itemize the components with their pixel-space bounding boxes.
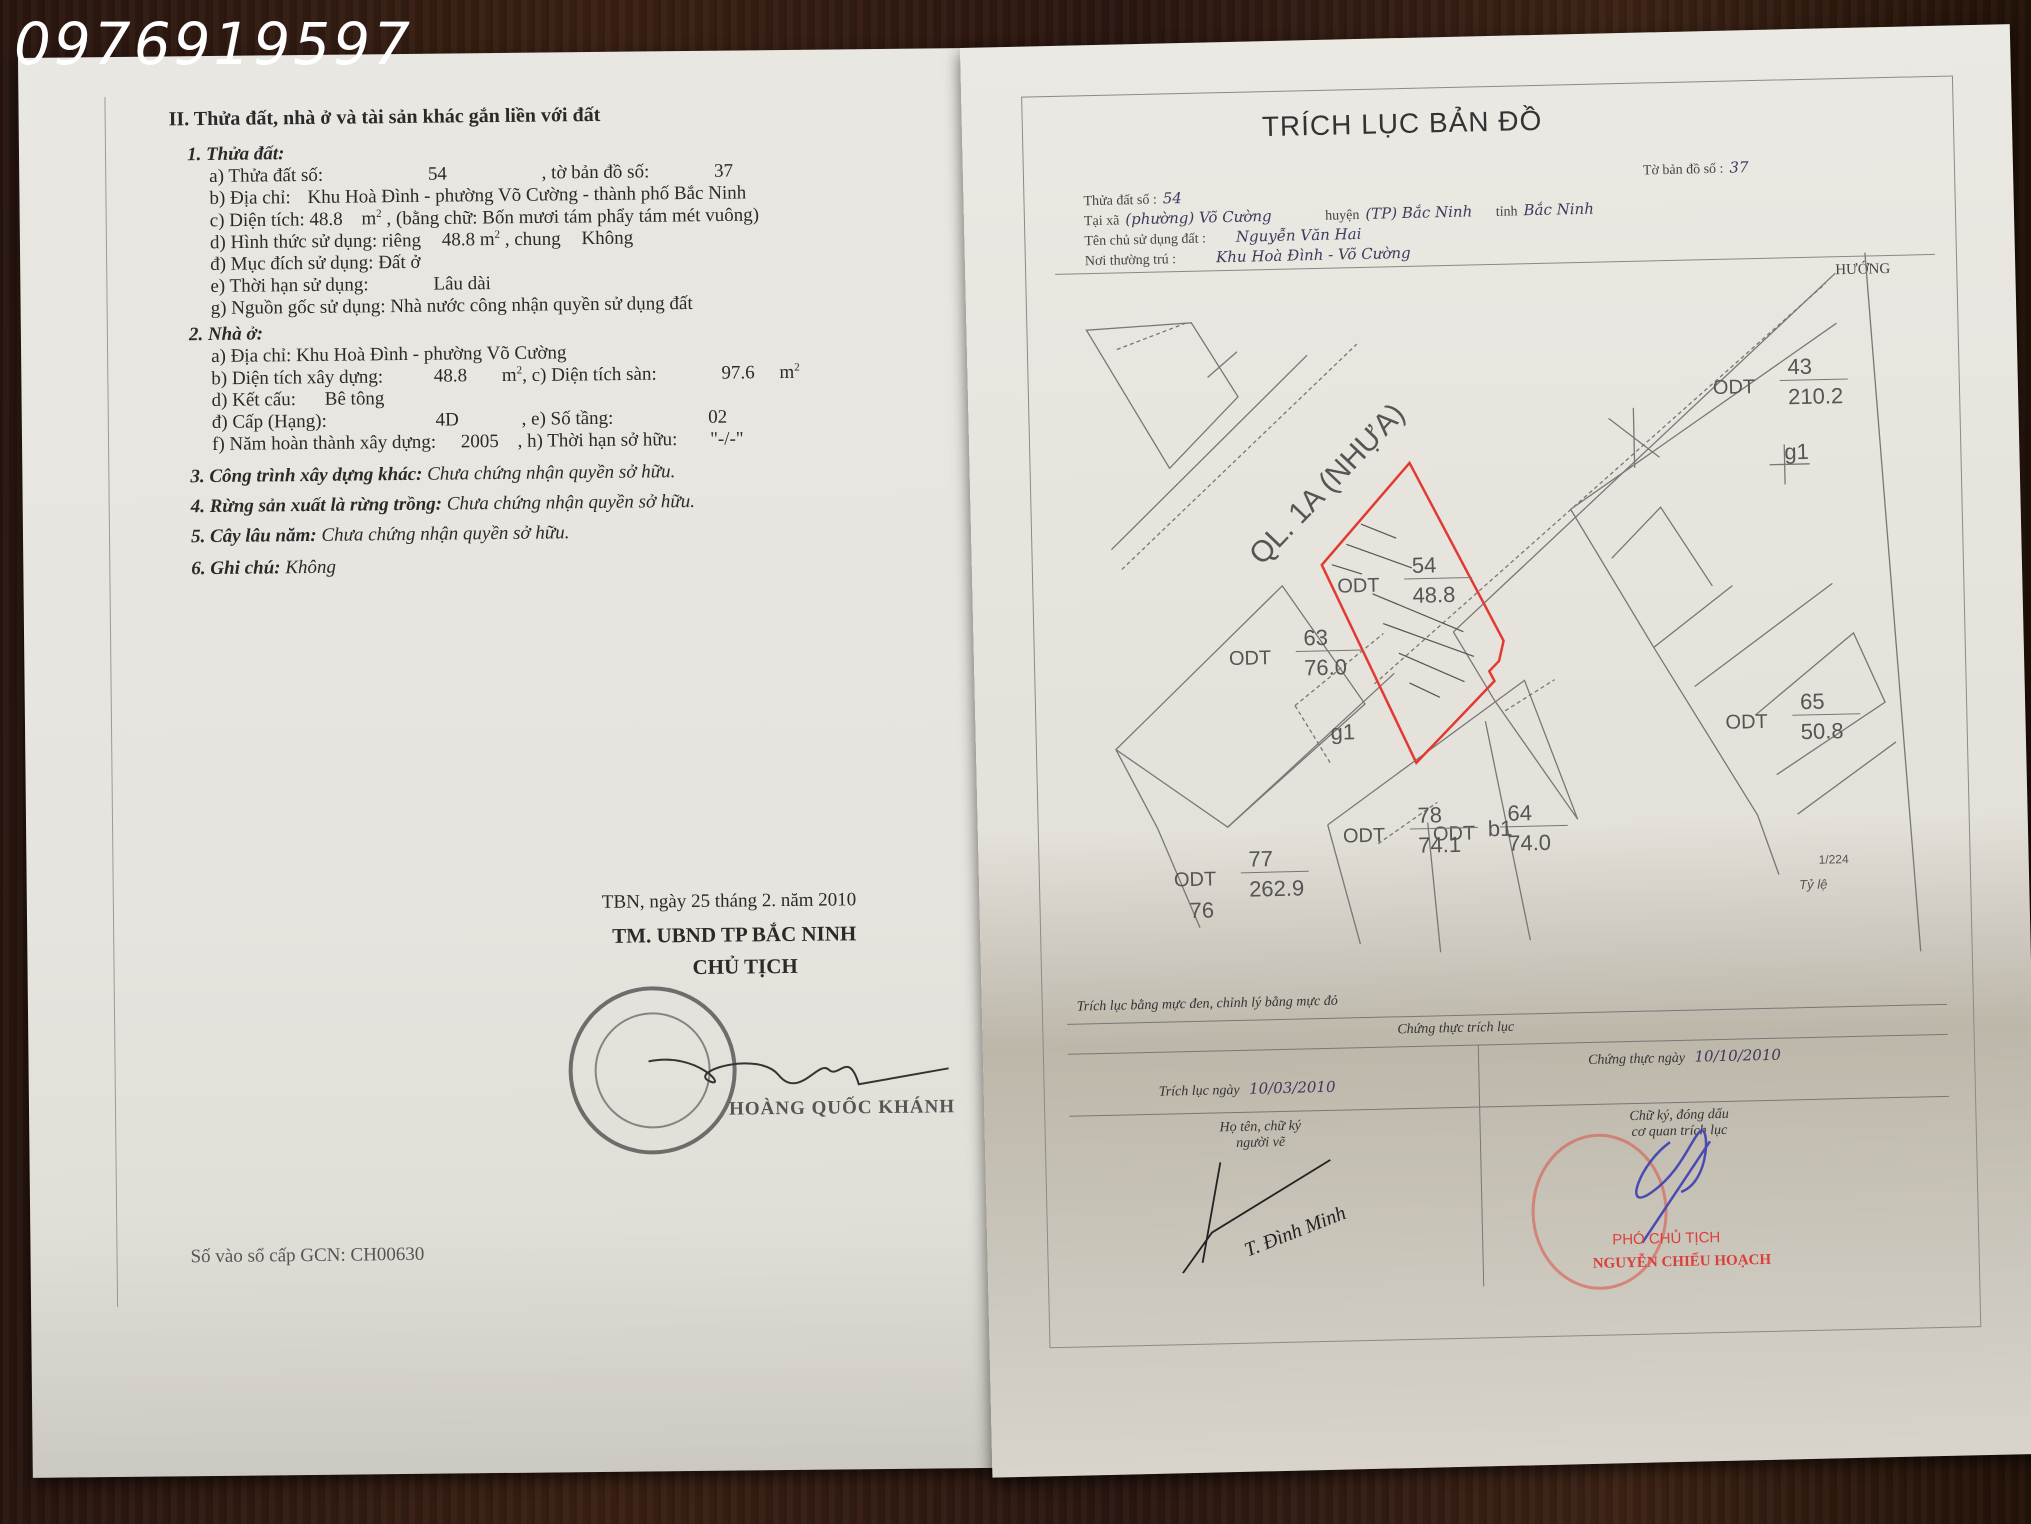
owner-label: Tên chủ sử dụng đất : (1084, 231, 1206, 249)
map-parcel-no: 54 (1163, 189, 1182, 207)
svg-text:g1: g1 (1784, 439, 1809, 465)
svg-text:ODT: ODT (1343, 825, 1386, 848)
svg-text:74.1: 74.1 (1418, 832, 1461, 858)
svg-text:48.8: 48.8 (1412, 582, 1455, 608)
perennial-label: 5. Cây lâu năm: (191, 525, 317, 547)
svg-text:262.9: 262.9 (1249, 875, 1305, 901)
position-title: CHỦ TỊCH (692, 954, 797, 980)
map-extract-page: TRÍCH LỤC BẢN ĐỒ Tờ bản đồ số :37 Thửa đ… (960, 24, 2031, 1477)
map-sheet-no: 37 (714, 161, 733, 182)
svg-text:1/224: 1/224 (1818, 852, 1849, 867)
structure-label: d) Kết cấu: (211, 389, 296, 411)
svg-text:76: 76 (1189, 897, 1214, 923)
road-label: QL. 1A (NHỰA) (1243, 397, 1411, 571)
svg-text:ODT: ODT (1174, 868, 1217, 891)
area-label: c) Diện tích: (210, 209, 305, 231)
term-label: e) Thời hạn sử dụng: (210, 274, 368, 297)
parcel-label: a) Thửa đất số: (209, 165, 323, 187)
use-form-label: d) Hình thức sử dụng: riêng (210, 230, 421, 253)
svg-text:g1: g1 (1330, 719, 1355, 745)
table-column-divider (1478, 1044, 1484, 1286)
perennial-value: Chưa chứng nhận quyền sở hữu. (321, 522, 569, 546)
term-value: Lâu dài (433, 273, 491, 295)
svg-text:ODT: ODT (1229, 647, 1272, 670)
gcn-number: CH00630 (350, 1244, 424, 1266)
origin-value: Nhà nước công nhận quyền sử dụng đất (390, 293, 693, 317)
area-words: , (bằng chữ: Bốn mươi tám phẩy tám mét v… (386, 205, 759, 230)
svg-text:43: 43 (1787, 354, 1812, 380)
gcn-row: Số vào sổ cấp GCN: CH00630 (190, 1244, 424, 1268)
svg-text:Tỷ lệ: Tỷ lệ (1799, 877, 1828, 893)
cadastral-map: QL. 1A (NHỰA) 5448.8ODT6376.0ODT43210.2O… (1045, 251, 1951, 971)
owner-value: Nguyễn Văn Hai (1236, 225, 1362, 246)
note-label: 6. Ghi chú: (191, 557, 280, 579)
grade-label: đ) Cấp (Hạng): (212, 411, 327, 433)
year-label: f) Năm hoàn thành xây dựng: (212, 432, 436, 455)
house-address: Khu Hoà Đình - phường Võ Cường (296, 342, 567, 366)
parcel-no: 54 (428, 164, 447, 185)
purpose-label: đ) Mục đích sử dụng: (210, 252, 374, 275)
date-line: TBN, ngày 25 tháng 2. năm 2010 (602, 889, 857, 914)
extract-date: 10/03/2010 (1249, 1078, 1336, 1098)
sheet-row: Tờ bản đồ số :37 (1643, 158, 1749, 179)
svg-text:63: 63 (1303, 625, 1328, 651)
page-shadow (30, 1207, 1043, 1478)
signer-position: PHÓ CHỦ TỊCH (1612, 1229, 1720, 1248)
origin-label: g) Nguồn gốc sử dụng: (211, 296, 386, 319)
ownership-term: "-/-" (710, 428, 744, 449)
purpose-value: Đất ở (378, 252, 420, 273)
purpose-row: đ) Mục đích sử dụng: Đất ở (210, 252, 421, 276)
certify-date: 10/10/2010 (1694, 1046, 1781, 1066)
area-unit: m2 (361, 209, 382, 230)
land-heading: 1. Thửa đất: (187, 143, 285, 166)
note-row: 6. Ghi chú: Không (191, 557, 336, 581)
residence-label: Nơi thường trú : (1085, 252, 1177, 269)
floor-area: 97.6 (721, 363, 754, 384)
svg-text:65: 65 (1800, 689, 1825, 715)
province-value: Bắc Ninh (1523, 200, 1594, 220)
svg-text:210.2: 210.2 (1788, 383, 1844, 409)
sheet-label: Tờ bản đồ số : (1643, 162, 1724, 179)
province-label: tỉnh (1496, 204, 1518, 219)
svg-text:b1: b1 (1488, 816, 1513, 842)
floor-area-label: , c) Diện tích sàn: (522, 364, 657, 386)
use-private: 48.8 (442, 230, 475, 251)
note-value: Không (285, 557, 336, 579)
area-value: 48.8 (309, 209, 342, 230)
structure-value: Bê tông (325, 388, 385, 410)
floors-label: , e) Số tầng: (521, 408, 613, 430)
gcn-label: Số vào sổ cấp GCN: (190, 1245, 345, 1268)
authority: TM. UBND TP BẮC NINH (612, 921, 856, 949)
address-label: b) Địa chỉ: (209, 187, 290, 209)
use-common: Không (581, 228, 633, 250)
term-row: e) Thời hạn sử dụng: Lâu dài (210, 273, 491, 298)
perennial-row: 5. Cây lâu năm: Chưa chứng nhận quyền sở… (191, 522, 570, 548)
ownership-term-label: , h) Thời hạn sở hữu: (517, 429, 677, 452)
phone-watermark: 0976919597 (14, 10, 413, 78)
table-line (1068, 1034, 1948, 1055)
district-value: (TP) Bắc Ninh (1365, 202, 1472, 222)
structure-row: d) Kết cấu: Bê tông (211, 388, 384, 412)
drawer-label-1: Họ tên, chữ ký (1219, 1119, 1301, 1137)
sheet-no: 37 (1729, 158, 1748, 176)
legend-note: Trích lục bằng mực đen, chỉnh lý bằng mự… (1077, 994, 1338, 1016)
extract-date-row: Trích lục ngày 10/03/2010 (1159, 1078, 1336, 1101)
signer-name: NGUYỄN CHIẾU HOẠCH (1593, 1252, 1772, 1273)
svg-text:78: 78 (1417, 802, 1442, 828)
build-area: 48.8 (434, 366, 467, 387)
year-value: 2005 (461, 431, 499, 452)
certificate-page: II. Thửa đất, nhà ở và tài sản khác gắn … (18, 47, 1043, 1477)
svg-text:77: 77 (1248, 846, 1273, 872)
svg-text:74.0: 74.0 (1508, 830, 1551, 856)
drawer-label-2: người vẽ (1220, 1135, 1302, 1153)
parcel-row-map: Thửa đất số :54 (1083, 189, 1182, 210)
certify-date-label: Chứng thực ngày (1588, 1051, 1685, 1068)
map-sheet-label: , tờ bản đồ số: (542, 161, 650, 183)
certify-header: Chứng thực trích lục (1397, 1020, 1514, 1039)
build-area-label: b) Diện tích xây dựng: (211, 367, 383, 390)
extract-date-label: Trích lục ngày (1159, 1083, 1240, 1100)
chairman-name: HOÀNG QUỐC KHÁNH (729, 1096, 955, 1120)
use-common-label: , chung (505, 229, 561, 251)
section-title: II. Thửa đất, nhà ở và tài sản khác gắn … (169, 104, 601, 132)
unit-text: m (361, 209, 376, 230)
cadastral-map-drawing: QL. 1A (NHỰA) 5448.8ODT6376.0ODT43210.2O… (1045, 251, 1951, 971)
other-works-value: Chưa chứng nhận quyền sở hữu. (427, 461, 675, 485)
other-works-label: 3. Công trình xây dựng khác: (190, 464, 422, 487)
house-address-label: a) Địa chỉ: (211, 345, 291, 367)
use-form-row: d) Hình thức sử dụng: riêng 48.8 m2 , ch… (210, 228, 634, 255)
forest-label: 4. Rừng sản xuất là rừng trồng: (191, 494, 443, 518)
drawer-signature (1170, 1148, 1433, 1274)
svg-text:ODT: ODT (1337, 575, 1380, 598)
svg-text:76.0: 76.0 (1304, 654, 1347, 680)
svg-text:ODT: ODT (1713, 376, 1756, 399)
svg-text:54: 54 (1412, 552, 1437, 578)
floors-value: 02 (708, 407, 727, 428)
grade-value: 4D (435, 409, 458, 430)
commune-value: (phường) Võ Cường (1125, 207, 1272, 228)
drawer-label: Họ tên, chữ ký người vẽ (1219, 1119, 1301, 1153)
svg-text:ODT: ODT (1725, 711, 1768, 734)
svg-text:50.8: 50.8 (1800, 718, 1843, 744)
forest-value: Chưa chứng nhận quyền sở hữu. (447, 491, 695, 515)
district-label: huyện (1325, 208, 1360, 224)
certification-table: Trích lục bằng mực đen, chỉnh lý bằng mự… (1067, 976, 1954, 1296)
commune-label: Tại xã (1084, 213, 1120, 229)
house-heading: 2. Nhà ở: (189, 323, 263, 346)
certify-date-row: Chứng thực ngày 10/10/2010 (1588, 1046, 1781, 1069)
map-extract-title: TRÍCH LỤC BẢN ĐỒ (1262, 105, 1543, 143)
map-parcel-label: Thửa đất số : (1083, 193, 1157, 210)
